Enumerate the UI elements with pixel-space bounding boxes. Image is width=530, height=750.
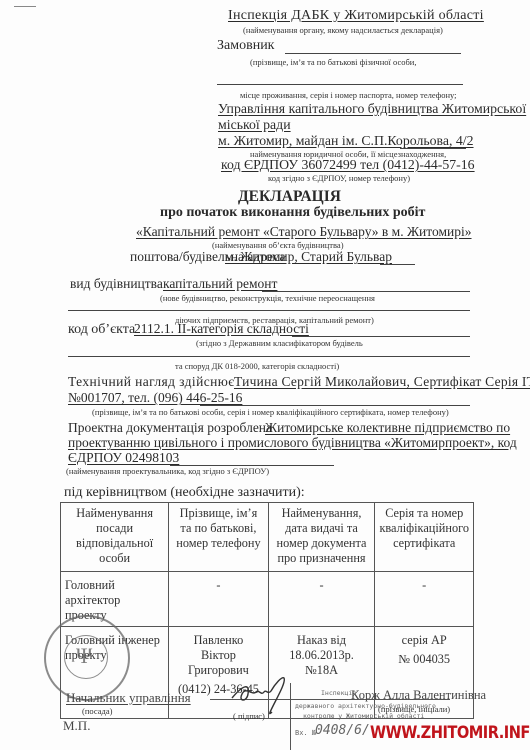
design-caption: (найменування проектувальника, код згідн… bbox=[66, 466, 269, 476]
customer-caption-code: код згідно з ЄДРПОУ, номер телефону) bbox=[268, 173, 410, 183]
supervision-underline bbox=[200, 405, 470, 406]
trident-emblem-icon: Ψ bbox=[76, 643, 92, 669]
table-row: Головний архітектор проекту - - - bbox=[61, 572, 474, 627]
design-label: Проектна документація розроблена bbox=[68, 420, 272, 436]
person-surname: Павленко bbox=[173, 633, 263, 648]
design-value-line2: проектуванню цивільного і промислового б… bbox=[68, 435, 517, 451]
table-header-position: Найменування посади відповідальної особи bbox=[61, 503, 169, 572]
cell-person: - bbox=[169, 572, 268, 627]
registration-stamp-line3: контролю у Житомирській області bbox=[303, 712, 424, 720]
object-code-caption2: та споруд ДК 018-2000, категорія складно… bbox=[175, 361, 339, 371]
address-underline bbox=[380, 264, 415, 265]
construction-type-caption1: (нове будівництво, реконструкція, техніч… bbox=[160, 293, 375, 303]
document-subtitle: про початок виконання будівельних робіт bbox=[160, 205, 425, 221]
scan-artifact bbox=[14, 6, 36, 7]
seal-mark: М.П. bbox=[63, 718, 90, 734]
table-header-person: Прізвище, ім’я та по батькові, номер тел… bbox=[169, 503, 268, 572]
supervision-label: Технічний нагляд здійснює bbox=[68, 374, 234, 390]
object-code-underline bbox=[292, 336, 470, 337]
construction-type-value: капітальний ремонт bbox=[163, 276, 277, 292]
registration-stamp-line2: державного архітектурно-будівельного bbox=[295, 702, 436, 710]
recipient-caption: (найменування органу, якому надсилається… bbox=[243, 25, 443, 35]
signer-position: Начальник управління bbox=[66, 690, 191, 706]
table-header-document: Найменування, дата видачі та номер докум… bbox=[268, 503, 375, 572]
document-type: Наказ від bbox=[273, 633, 371, 648]
object-code-value: 2112.1. ІІ-категорія складності bbox=[134, 321, 309, 337]
cell-certificate: - bbox=[375, 572, 474, 627]
object-code-label: код об’єкта bbox=[68, 322, 135, 338]
official-seal-stamp: Ψ bbox=[44, 615, 130, 701]
construction-type-underline bbox=[262, 291, 470, 292]
address-value: м. Житомир, Старий Бульвар bbox=[225, 249, 392, 265]
incoming-number-label: Вх. № bbox=[295, 729, 316, 737]
customer-underline bbox=[285, 53, 461, 54]
customer-code-phone: код ЄРДПОУ 36072499 тел (0412)-44-57-16 bbox=[221, 157, 475, 173]
supervision-value-line2: №001707, тел. (096) 446-25-16 bbox=[68, 390, 242, 406]
signature-caption: ( підпис) bbox=[233, 711, 265, 721]
customer-blank-line bbox=[217, 84, 463, 85]
certificate-number: № 004035 bbox=[379, 652, 469, 667]
table-header-certificate: Серія та номер кваліфікаційного сертифік… bbox=[375, 503, 474, 572]
cell-document: - bbox=[268, 572, 375, 627]
supervision-value-line1: Тичина Сергій Миколайович, Сертифікат Се… bbox=[234, 374, 530, 390]
person-name: Віктор bbox=[173, 648, 263, 663]
customer-caption-person: (прізвище, ім’я та по батькові фізичної … bbox=[250, 57, 416, 67]
object-code-blank-line bbox=[68, 356, 470, 357]
recipient-authority: Інспекція ДАБК у Житомирській області bbox=[228, 8, 484, 24]
construction-type-blank-line bbox=[68, 310, 470, 311]
supervision-caption: (прізвище, ім’я та по батькові особи, се… bbox=[92, 407, 449, 417]
customer-caption-passport: місце проживання, серія і номер паспорта… bbox=[240, 90, 457, 100]
object-code-caption1: (згідно з Державним класифікатором будів… bbox=[196, 338, 363, 348]
customer-org-line2: міської ради bbox=[218, 117, 291, 133]
design-value-line1: Житомирське колективне підприємство по bbox=[265, 420, 510, 436]
incoming-number: 0408/6/ bbox=[315, 723, 370, 738]
registration-stamp-line1: Інспекція bbox=[321, 689, 356, 697]
document-date: 18.06.2013р. bbox=[273, 648, 371, 663]
object-name: «Капітальний ремонт «Старого Бульвару» в… bbox=[136, 224, 472, 240]
customer-address: м. Житомир, майдан ім. С.П.Корольова, 4/… bbox=[218, 133, 474, 149]
table-header-row: Найменування посади відповідальної особи… bbox=[61, 503, 474, 572]
site-watermark: WWW.ZHITOMIR.INFO bbox=[370, 723, 530, 743]
certificate-series: серія АР bbox=[379, 633, 469, 648]
document-title: ДЕКЛАРАЦІЯ bbox=[238, 188, 341, 206]
customer-org-line1: Управління капітального будівництва Жито… bbox=[218, 101, 526, 117]
design-value-line3: ЄДРПОУ 02498103 bbox=[68, 450, 179, 466]
leadership-label: під керівництвом (необхідне зазначити): bbox=[64, 485, 305, 501]
construction-type-label: вид будівництва bbox=[70, 276, 163, 292]
signer-position-caption: (посада) bbox=[82, 706, 112, 716]
customer-label: Замовник bbox=[217, 38, 274, 54]
